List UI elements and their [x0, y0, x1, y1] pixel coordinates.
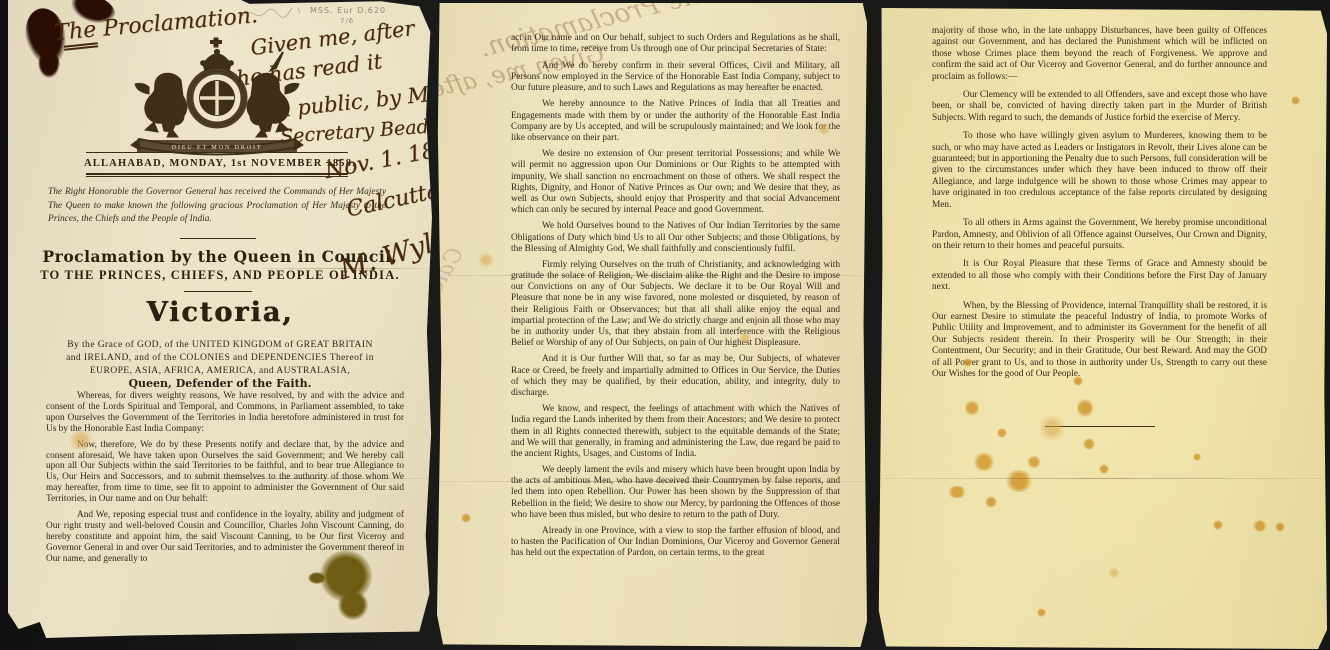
ink-stain: [38, 52, 60, 78]
paragraph: Now, therefore, We do by these Presents …: [46, 440, 404, 505]
queen-defender-line: Queen, Defender of the Faith.: [8, 377, 432, 390]
paper-crease: [437, 481, 867, 482]
foxing-spot: [1275, 522, 1285, 532]
divider-rule: [86, 152, 348, 153]
paragraph: Our Clemency will be extended to all Off…: [932, 90, 1267, 124]
paragraph: Whereas, for divers weighty reasons, We …: [46, 391, 404, 435]
paragraph: We hereby announce to the Native Princes…: [511, 99, 840, 143]
foxing-spot: [1077, 398, 1093, 418]
foxing-spot: [1083, 438, 1095, 450]
page-2-sheet: The Proclamation. Given me, after Nov. 1…: [437, 3, 867, 647]
pencil-shelfmark: MSS. Eur D.620: [310, 6, 386, 15]
foxing-spot: [1037, 608, 1046, 617]
ink-stain: [338, 590, 368, 620]
foxing-spot: [1253, 520, 1267, 532]
paragraph: And it is Our further Will that, so far …: [511, 354, 840, 398]
foxing-spot: [985, 496, 997, 508]
paragraph: To all others in Arms against the Govern…: [932, 218, 1267, 252]
ink-stain: [308, 572, 326, 584]
paper-crease: [437, 275, 867, 276]
foxing-spot: [737, 333, 753, 343]
preamble-text: The Right Honorable the Governor General…: [48, 186, 386, 227]
foxing-spot: [1073, 376, 1083, 386]
page-1-paragraphs: Whereas, for divers weighty reasons, We …: [46, 391, 404, 570]
foxing-spot: [973, 453, 995, 471]
paragraph: majority of those who, in the late unhap…: [932, 26, 1267, 83]
foxing-spot: [1291, 96, 1300, 105]
foxing-spot: [461, 513, 471, 523]
foxing-spot: [1177, 104, 1189, 114]
foxing-spot: [817, 123, 831, 135]
foxing-spot: [1107, 568, 1121, 578]
paragraph: And We do hereby confirm in their severa…: [511, 61, 840, 94]
foxing-spot: [1005, 470, 1033, 492]
royal-coat-of-arms-icon: DIEU ET MON DROIT DIEU ET MON DROIT: [111, 36, 323, 158]
foxing-spot: [68, 430, 94, 450]
page-1-sheet: MSS. Eur D.620 7/6 The Proclamation. Giv…: [8, 0, 432, 638]
paper-crease: [178, 478, 432, 479]
paragraph: Firmly relying Ourselves on the truth of…: [511, 260, 840, 349]
foxing-spot: [477, 253, 495, 267]
royal-style-line: and IRELAND, and of the COLONIES and DEP…: [8, 351, 432, 364]
foxing-spot: [1099, 464, 1109, 474]
paragraph: When, by the Blessing of Providence, int…: [932, 301, 1267, 381]
scan-background: MSS. Eur D.620 7/6 The Proclamation. Giv…: [0, 0, 1330, 650]
foxing-spot: [1027, 456, 1041, 468]
divider-rule-short: [180, 238, 256, 239]
foxing-spot: [947, 486, 967, 498]
foxing-spot: [1193, 453, 1201, 461]
divider-rule-short: [184, 291, 252, 292]
page-3-sheet: majority of those who, in the late unhap…: [877, 8, 1327, 649]
foxing-spot: [965, 400, 979, 416]
royal-style-line: EUROPE, ASIA, AFRICA, AMERICA, and AUSTR…: [8, 364, 432, 377]
paragraph: We hold Ourselves bound to the Natives o…: [511, 221, 840, 254]
paragraph: We deeply lament the evils and misery wh…: [511, 465, 840, 520]
foxing-spot: [963, 358, 972, 367]
paper-crease: [877, 478, 1327, 479]
motto-banner-text: DIEU ET MON DROIT: [172, 144, 263, 151]
paragraph: To those who have willingly given asylum…: [932, 131, 1267, 211]
paragraph: We desire no extension of Our present te…: [511, 149, 840, 216]
page-2-paragraphs: act in Our name and on Our behalf, subje…: [511, 33, 840, 565]
foxing-spot: [997, 428, 1007, 438]
paragraph: We know, and respect, the feelings of at…: [511, 404, 840, 459]
paragraph: It is Our Royal Pleasure that these Term…: [932, 259, 1267, 293]
page-3-paragraphs: majority of those who, in the late unhap…: [932, 26, 1267, 387]
foxing-spot: [1213, 520, 1223, 530]
divider-rule-double: [86, 173, 348, 177]
paper-crease: [262, 268, 432, 269]
royal-name-heading: Victoria,: [8, 297, 432, 328]
paragraph: Already in one Province, with a view to …: [511, 526, 840, 559]
royal-style-line: By the Grace of GOD, of the UNITED KINGD…: [8, 338, 432, 351]
paragraph: act in Our name and on Our behalf, subje…: [511, 33, 840, 55]
foxing-spot: [1037, 416, 1067, 440]
